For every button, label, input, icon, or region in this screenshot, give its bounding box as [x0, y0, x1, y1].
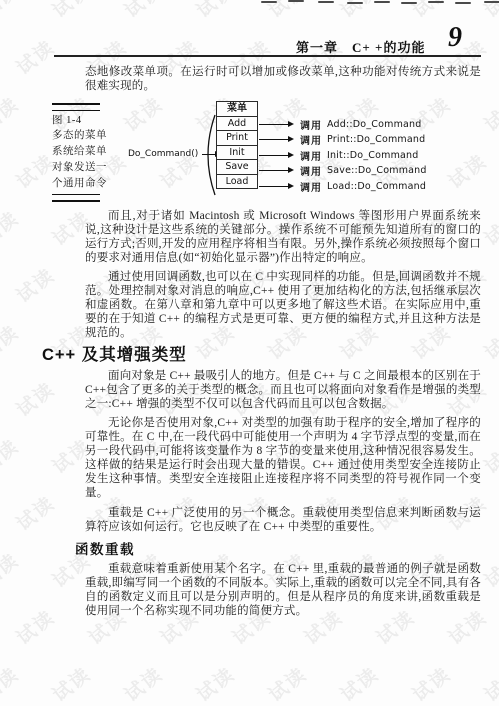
watermark-text: 试读: [334, 660, 384, 706]
watermark-text: 试读: [262, 660, 312, 706]
arrow-head-icon: [288, 167, 294, 173]
arrow-shaft: [259, 139, 288, 140]
watermark-text: 试读: [0, 660, 24, 706]
call-target: Save::Do_Command: [327, 165, 427, 176]
page-number: 9: [448, 22, 462, 54]
caption-line: 个通用命令: [52, 176, 100, 192]
call-row: 调用 Save::Do_Command: [259, 164, 427, 176]
do-command-label: Do_Command(): [128, 149, 198, 159]
arrow-head-icon: [288, 136, 294, 142]
call-target: Add::Do_Command: [327, 119, 422, 130]
menu-item-cell: Init: [216, 145, 258, 161]
call-prefix: 调用: [300, 132, 322, 147]
paragraph-type-safety: 无论你是否使用对象,C++ 对类型的加强有助于程序的安全,增加了程序的可靠性。在…: [85, 416, 481, 500]
section-heading-function-overload: 函数重载: [75, 542, 499, 557]
call-target: Init::Do_Command: [327, 150, 419, 161]
caption-line: 对象发送一: [52, 160, 100, 176]
arrow-shaft: [259, 186, 288, 187]
paragraph-callbacks: 通过使用回调函数,也可以在 C 中实现同样的功能。但是,回调函数并不规范。处理控…: [85, 270, 481, 340]
watermark-text: 试读: [406, 660, 456, 706]
caption-line: 系统给菜单: [52, 144, 100, 160]
paragraph-overload-concept: 重载是 C++ 广泛使用的另一个概念。重载使用类型信息来判断函数与运算符应该如何…: [85, 506, 481, 534]
menu-title-cell: 菜单: [216, 101, 258, 117]
menu-item-cell: Add: [216, 116, 258, 132]
menu-item-cell: Print: [216, 130, 258, 146]
call-row: 调用 Add::Do_Command: [259, 118, 422, 130]
caption-label: 图 1-4: [52, 113, 100, 129]
call-row: 调用 Print::Do_Command: [259, 133, 425, 145]
header-rule: [54, 55, 481, 57]
page-header: 第一章 C+ +的功能 9: [0, 0, 499, 57]
figure-1-4: 图 1-4 多态的菜单 系统给菜单 对象发送一 个通用命令 Do_Command…: [0, 101, 499, 201]
caption-line: 多态的菜单: [52, 128, 100, 144]
paragraph-gui-systems: 而且,对于诸如 Macintosh 或 Microsoft Windows 等图…: [85, 209, 481, 265]
paragraph-object-oriented: 面向对象是 C++ 最吸引人的地方。但是 C++ 与 C 之间最根本的区别在于 …: [85, 369, 481, 411]
call-prefix: 调用: [300, 117, 322, 132]
call-row: 调用 Init::Do_Command: [259, 149, 419, 161]
watermark-text: 试读: [190, 660, 240, 706]
caption-rule-bottom: [52, 194, 100, 202]
arrow-head-icon: [288, 152, 294, 158]
watermark-text: 试读: [118, 660, 168, 706]
call-target: Load::Do_Command: [327, 181, 426, 192]
menu-stack: 菜单 Add Print Init Save Load: [216, 101, 258, 189]
call-row: 调用 Load::Do_Command: [259, 180, 426, 192]
arrow-shaft: [259, 155, 288, 156]
fan-out-brace: [201, 114, 217, 196]
menu-item-cell: Load: [216, 174, 258, 190]
call-prefix: 调用: [300, 163, 322, 178]
figure-caption: 图 1-4 多态的菜单 系统给菜单 对象发送一 个通用命令: [52, 103, 100, 202]
call-prefix: 调用: [300, 179, 322, 194]
watermark-text: 试读: [478, 660, 499, 706]
caption-rule-top: [52, 103, 100, 111]
book-page: 试读试读试读试读试读试读试读试读试读试读试读试读试读试读试读试读试读试读试读试读…: [0, 0, 499, 706]
arrow-shaft: [259, 124, 288, 125]
call-prefix: 调用: [300, 148, 322, 163]
watermark-text: 试读: [46, 660, 96, 706]
menu-item-cell: Save: [216, 159, 258, 175]
arrow-head-icon: [288, 121, 294, 127]
section-heading-enhanced-types: C++ 及其增强类型: [42, 346, 499, 364]
chapter-title: 第一章 C+ +的功能: [296, 37, 425, 56]
arrow-head-icon: [288, 183, 294, 189]
paragraph-continuation: 态地修改菜单项。在运行时可以增加或修改菜单,这种功能对传统方式来说是很难实现的。: [85, 65, 481, 93]
arrow-shaft: [259, 170, 288, 171]
paragraph-function-overload: 重载意味着重新使用某个名字。在 C++ 里,重载的最普通的例子就是函数重载,即编…: [85, 562, 481, 618]
call-target: Print::Do_Command: [327, 134, 425, 145]
